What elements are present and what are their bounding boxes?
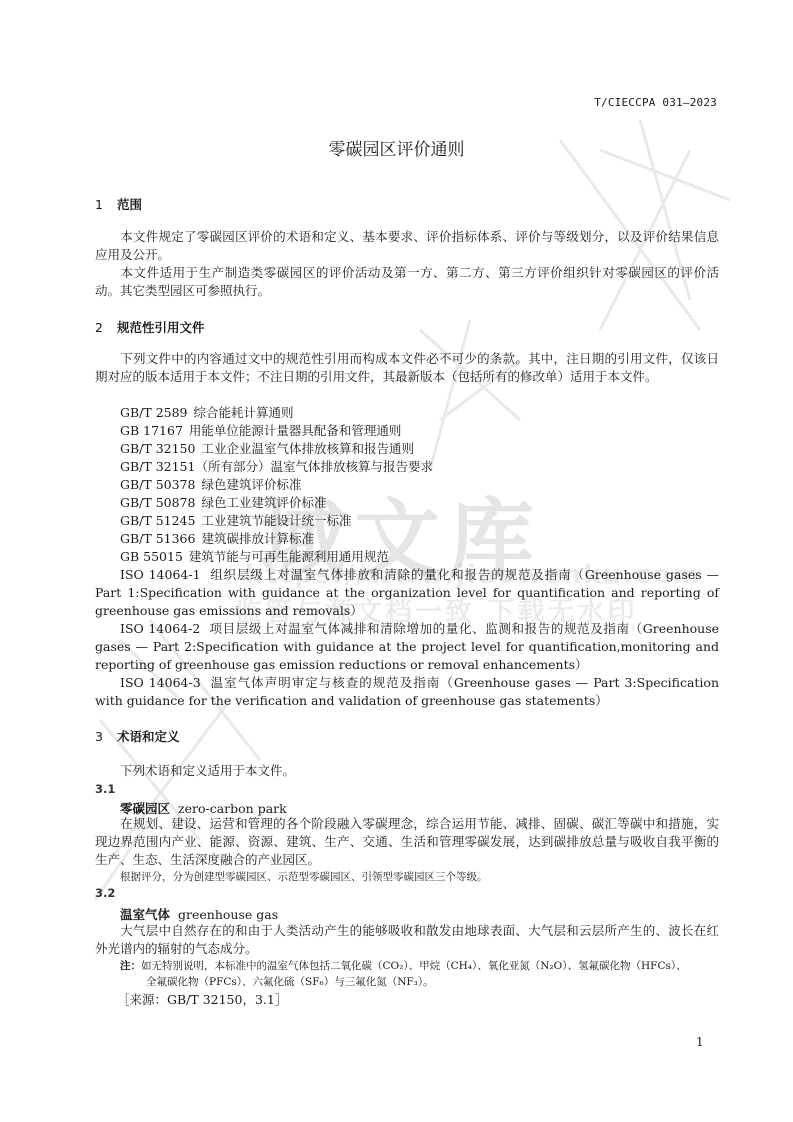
- page-number: 1: [696, 1035, 704, 1049]
- term-en: greenhouse gas: [178, 907, 278, 922]
- term-source: ［来源：GB/T 32150，3.1］: [117, 990, 287, 1008]
- reference-item: GB/T 50878绿色工业建筑评价标准: [120, 494, 326, 512]
- normative-refs-intro: 下列文件中的内容通过文中的规范性引用而构成本文件必不可少的条款。其中，注日期的引…: [95, 350, 719, 386]
- reference-item: GB/T 51245工业建筑节能设计统一标准: [120, 512, 351, 530]
- reference-item: GB/T 32150工业企业温室气体排放核算和报告通则: [120, 440, 414, 458]
- section-heading-normative-refs: 2规范性引用文件: [95, 318, 205, 336]
- term-zh: 温室气体: [120, 907, 170, 922]
- section-number: 1: [95, 197, 117, 212]
- document-title: 零碳园区评价通则: [0, 135, 793, 160]
- reference-item: GB/T 32151（所有部分）温室气体排放核算与报告要求: [120, 458, 433, 476]
- term-en: zero-carbon park: [178, 801, 287, 816]
- reference-item: GB/T 50378绿色建筑评价标准: [120, 476, 301, 494]
- section-number: 2: [95, 320, 117, 335]
- section-title: 范围: [117, 197, 142, 212]
- document-page: 域文库 https://www.jiaowenku.com 监管与源文档一致 下…: [0, 0, 793, 1122]
- terms-intro: 下列术语和定义适用于本文件。: [95, 762, 719, 780]
- section-title: 术语和定义: [117, 729, 180, 744]
- reference-item: GB/T 2589综合能耗计算通则: [120, 404, 294, 422]
- term-number: 3.2: [95, 886, 115, 900]
- section-title: 规范性引用文件: [117, 320, 205, 335]
- section-heading-scope: 1范围: [95, 195, 142, 213]
- scope-paragraph-2: 本文件适用于生产制造类零碳园区的评价活动及第一方、第二方、第三方评价组织针对零碳…: [95, 264, 719, 300]
- iso-reference-2: ISO 14064-2 项目层级上对温室气体减排和清除增加的量化、监测和报告的规…: [95, 620, 719, 673]
- term-remark: 根据评分，分为创建型零碳园区、示范型零碳园区、引领型零碳园区三个等级。: [120, 869, 488, 885]
- term-zh: 零碳园区: [120, 801, 170, 816]
- term-number: 3.1: [95, 782, 115, 796]
- standard-code: T/CIECCPA 031—2023: [594, 96, 717, 109]
- note-label: 注：: [120, 960, 141, 972]
- iso-reference-3: ISO 14064-3 温室气体声明审定与核查的规范及指南（Greenhouse…: [95, 674, 719, 710]
- term-definition: 大气层中自然存在的和由于人类活动产生的能够吸收和散发由地球表面、大气层和云层所产…: [95, 922, 719, 958]
- section-number: 3: [95, 729, 117, 744]
- term-note: 注：如无特别说明，本标准中的温室气体包括二氧化碳（CO₂）、甲烷（CH₄）、氧化…: [120, 958, 720, 990]
- reference-item: GB/T 51366建筑碳排放计算标准: [120, 530, 314, 548]
- iso-reference-1: ISO 14064-1 组织层级上对温室气体排放和清除的量化和报告的规范及指南（…: [95, 566, 719, 619]
- scope-paragraph-1: 本文件规定了零碳园区评价的术语和定义、基本要求、评价指标体系、评价与等级划分，以…: [95, 228, 719, 264]
- term-definition: 在规划、建设、运营和管理的各个阶段融入零碳理念，综合运用节能、减排、固碳、碳汇等…: [95, 815, 719, 868]
- term-heading: 温室气体greenhouse gas: [120, 905, 278, 923]
- reference-item: GB 17167用能单位能源计量器具配备和管理通则: [120, 422, 401, 440]
- section-heading-terms: 3术语和定义: [95, 727, 180, 745]
- reference-item: GB 55015建筑节能与可再生能源利用通用规范: [120, 548, 389, 566]
